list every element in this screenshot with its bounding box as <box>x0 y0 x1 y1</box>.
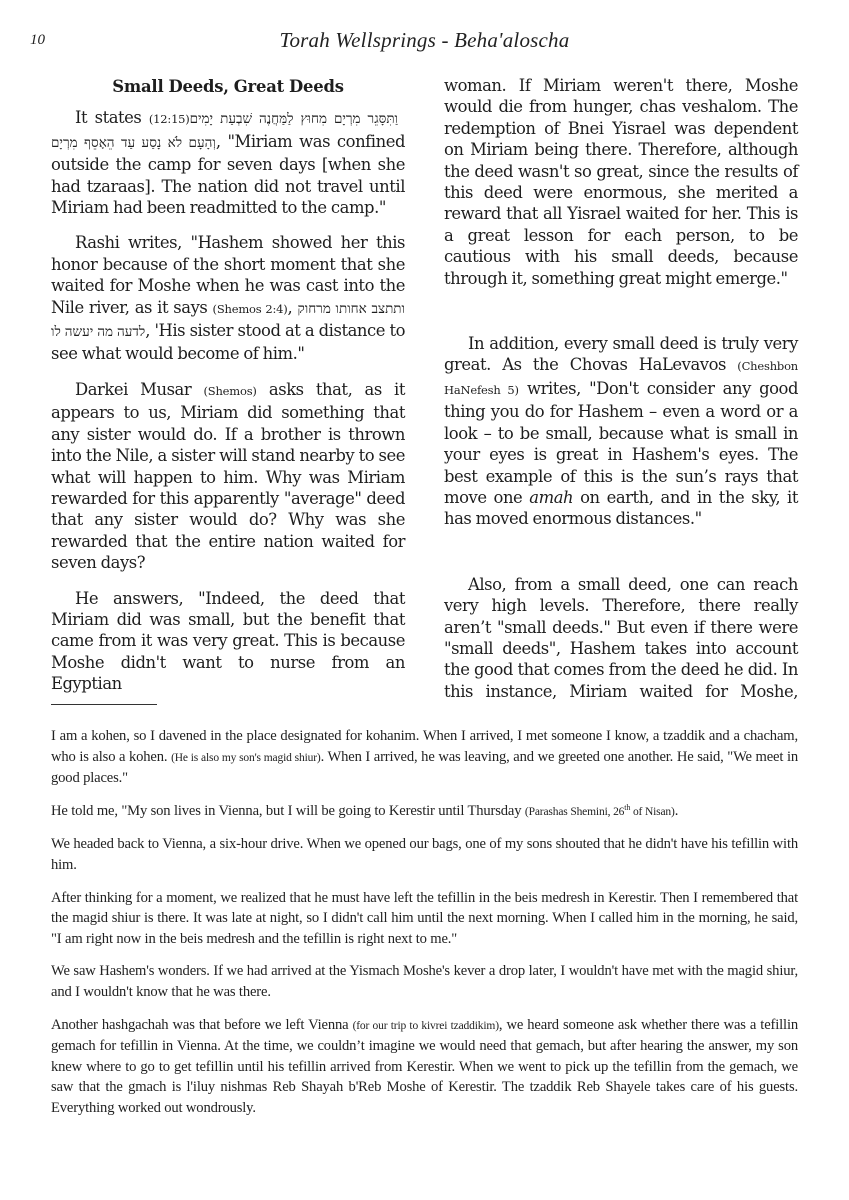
source-citation: (Shemos) <box>203 384 256 398</box>
running-head: Torah Wellsprings - Beha'aloscha <box>0 28 849 53</box>
source-citation: (12:15) <box>149 112 190 126</box>
italic-term: amah <box>529 488 573 507</box>
source-citation: (He is also my son's magid shiur) <box>171 752 321 764</box>
paragraph-he-answers: He answers, "Indeed, the deed that Miria… <box>51 588 405 695</box>
paragraph-in-addition: In addition, every small deed is truly v… <box>444 333 798 530</box>
footnote-divider <box>51 704 157 705</box>
paragraph-darkei-musar: Darkei Musar (Shemos) asks that, as it a… <box>51 379 405 574</box>
footnote-paragraph: I am a kohen, so I davened in the place … <box>51 726 798 789</box>
paragraph-rashi: Rashi writes, "Hashem showed her this ho… <box>51 232 405 364</box>
footnote-paragraph: We saw Hashem's wonders. If we had arriv… <box>51 961 798 1002</box>
footnote-paragraph: After thinking for a moment, we realized… <box>51 888 798 950</box>
footnotes: I am a kohen, so I davened in the place … <box>51 726 798 1131</box>
paragraph-also: Also, from a small deed, one can reach v… <box>444 574 798 702</box>
footnote-paragraph: We headed back to Vienna, a six-hour dri… <box>51 834 798 875</box>
source-citation: (for our trip to kivrei tzaddikim) <box>353 1020 499 1032</box>
hebrew-verse-cont: וְהָעָם לֹא נָסַע עַד הֵאָסֵף מִרְיָם <box>51 135 216 151</box>
page-header: 10 Torah Wellsprings - Beha'aloscha <box>0 28 849 54</box>
left-column: Small Deeds, Great Deeds It states (12:1… <box>51 73 405 709</box>
right-column: woman. If Miriam weren't there, Moshe wo… <box>444 75 798 716</box>
footnote-paragraph: He told me, "My son lives in Vienna, but… <box>51 801 798 823</box>
source-citation: (Shemos 2:4) <box>213 302 288 316</box>
source-citation: (Parashas Shemini, 26th of Nisan) <box>525 806 675 818</box>
paragraph-it-states: It states (12:15) וַתִּסָּגֵר מִרְיָם מִ… <box>51 107 405 218</box>
hebrew-verse: וַתִּסָּגֵר מִרְיָם מִחוּץ לַמַּחֲנֶה שִ… <box>190 111 405 127</box>
paragraph-continuation: woman. If Miriam weren't there, Moshe wo… <box>444 75 798 289</box>
footnote-paragraph: Another hashgachah was that before we le… <box>51 1015 798 1119</box>
section-title: Small Deeds, Great Deeds <box>51 73 405 97</box>
